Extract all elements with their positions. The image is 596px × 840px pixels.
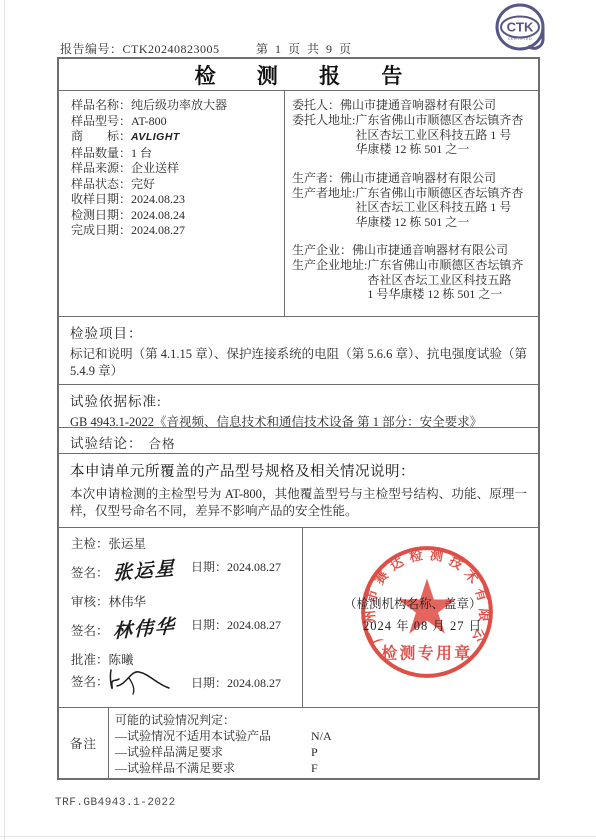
report-number: 报告编号：CTK20240823005	[60, 40, 220, 57]
producer-name: 佛山市捷通音响器材有限公司	[340, 171, 496, 185]
client-address-label: 委托人地址:	[292, 113, 355, 157]
approver-role-label: 批准：	[71, 653, 109, 667]
client-address: 委托人地址: 广东省佛山市顺德区杏坛镇齐杏 社区杏坛工业区科技五路 1 号 华康…	[292, 113, 534, 157]
producer-address-line: 广东省佛山市顺德区杏坛镇齐杏	[355, 186, 523, 201]
client-address-line: 社区杏坛工业区科技五路 1 号	[355, 128, 523, 143]
factory-name: 佛山市捷通音响器材有限公司	[352, 243, 508, 257]
inspection-items-section: 检验项目： 标记和说明（第 4.1.15 章）、保护连接系统的电阻（第 5.6.…	[59, 316, 538, 384]
producer-address: 生产者地址: 广东省佛山市顺德区杏坛镇齐杏 社区杏坛工业区科技五路 1 号 华康…	[292, 186, 534, 230]
inspector-date-label: 日期：	[191, 560, 227, 574]
remark-label: 备注	[59, 708, 109, 778]
producer-label: 生产者：	[292, 171, 340, 185]
sample-qty-label: 样品数量：	[71, 146, 131, 160]
reviewer-role: 审核：林伟华	[71, 594, 302, 610]
reviewer-date-label: 日期：	[191, 618, 227, 632]
finish-date-value: 2024.08.27	[131, 223, 185, 237]
conclusion-label: 试验结论：	[70, 436, 143, 451]
receive-date-label: 收样日期：	[71, 192, 131, 206]
factory-row: 生产企业：佛山市捷通音响器材有限公司	[292, 243, 534, 258]
report-table: 检 测 报 告 样品名称：纯后级功率放大器 样品型号：AT-800 商 标：AV…	[57, 57, 540, 780]
approver-sign-line: 签名：	[71, 672, 109, 690]
inspector-name: 张运星	[109, 537, 147, 551]
document-title: 检 测 报 告	[177, 60, 421, 90]
remark-section: 备注 可能的试验情况判定： —试验情况不适用本试验产品N/A —试验样品满足要求…	[59, 707, 538, 778]
reviewer-handwritten-signature: 林伟华	[112, 611, 175, 644]
inspector-sign-line: 签名：张运星	[71, 556, 176, 583]
reviewer-sign-line: 签名：林伟华	[71, 614, 176, 641]
remark-item-text: —试验情况不适用本试验产品	[115, 728, 311, 744]
conclusion-section: 试验结论：合格	[59, 427, 538, 453]
stamp-wrap: 广州市赛达检测技术有限公司 检测专用章 （检测机构名称、盖章） 2024 年 0…	[351, 536, 503, 688]
remark-item-text: —试验样品不满足要求	[115, 760, 311, 776]
ctk-logo-text: CTK	[507, 20, 534, 35]
reviewer-sign-label: 签名：	[71, 624, 109, 638]
sample-state-row: 样品状态：完好	[71, 177, 280, 193]
client-address-line: 广东省佛山市顺德区杏坛镇齐杏	[355, 113, 523, 128]
reviewer-role-label: 审核：	[71, 595, 109, 609]
client-label: 委托人：	[292, 98, 340, 112]
sample-qty-row: 样品数量：1 台	[71, 146, 280, 162]
sample-state-value: 完好	[131, 177, 155, 191]
producer-address-lines: 广东省佛山市顺德区杏坛镇齐杏 社区杏坛工业区科技五路 1 号 华康楼 12 栋 …	[355, 186, 523, 230]
avlight-brand-logo: AVLIGHT	[131, 131, 180, 143]
trademark-label: 商 标：	[71, 129, 131, 143]
stamp-placeholder-text: （检测机构名称、盖章）	[344, 594, 482, 612]
ctk-logo-icon: CTK CERTIFIED	[486, 2, 558, 65]
factory-address: 生产企业地址: 广东省佛山市顺德区杏坛镇齐 杏社区杏坛工业区科技五路 1 号华康…	[292, 258, 534, 302]
parties-column: 委托人：佛山市捷通音响器材有限公司 委托人地址: 广东省佛山市顺德区杏坛镇齐杏 …	[284, 91, 538, 316]
producer-row: 生产者：佛山市捷通音响器材有限公司	[292, 171, 534, 186]
test-date-row: 检测日期：2024.08.24	[71, 208, 280, 224]
signature-column: 主检：张运星 签名：张运星 日期：2024.08.27 审核：林伟华 签名：林伟…	[59, 528, 302, 707]
inspector-handwritten-signature: 张运星	[112, 553, 175, 586]
reviewer-name: 林伟华	[109, 595, 147, 609]
test-date-label: 检测日期：	[71, 208, 131, 222]
sample-info-section: 样品名称：纯后级功率放大器 样品型号：AT-800 商 标：AVLIGHT 样品…	[59, 90, 538, 316]
ctk-logo-subtext: CERTIFIED	[508, 37, 532, 41]
receive-date-row: 收样日期：2024.08.23	[71, 192, 280, 208]
approver-handwritten-scribble	[105, 664, 175, 703]
sample-state-label: 样品状态：	[71, 177, 131, 191]
sample-source-row: 样品来源：企业送样	[71, 161, 280, 177]
finish-date-label: 完成日期：	[71, 223, 131, 237]
factory-address-line: 广东省佛山市顺德区杏坛镇齐	[367, 258, 523, 273]
remark-item: —试验样品不满足要求F	[115, 760, 530, 776]
sample-column: 样品名称：纯后级功率放大器 样品型号：AT-800 商 标：AVLIGHT 样品…	[59, 91, 284, 316]
report-number-label: 报告编号：	[60, 42, 123, 56]
sample-source-label: 样品来源：	[71, 161, 131, 175]
client-address-line: 华康楼 12 栋 501 之一	[355, 142, 523, 157]
title-row: 检 测 报 告	[59, 59, 538, 90]
sample-name-value: 纯后级功率放大器	[131, 98, 227, 112]
remark-body: 可能的试验情况判定： —试验情况不适用本试验产品N/A —试验样品满足要求P —…	[109, 708, 538, 778]
inspector-signature-block: 主检：张运星 签名：张运星 日期：2024.08.27	[71, 536, 302, 580]
sample-model-row: 样品型号：AT-800	[71, 114, 280, 130]
stamp-area: 广州市赛达检测技术有限公司 检测专用章 （检测机构名称、盖章） 2024 年 0…	[302, 528, 538, 707]
producer-address-label: 生产者地址:	[292, 186, 355, 230]
approver-signature-block: 批准：陈曦 签名： 日期：2024.08.27	[71, 652, 302, 696]
sample-name-label: 样品名称：	[71, 98, 131, 112]
remark-heading: 可能的试验情况判定：	[115, 712, 530, 728]
approver-date-label: 日期：	[191, 676, 227, 690]
page-indicator: 第 1 页 共 9 页	[256, 40, 353, 57]
official-seal-stamp: 广州市赛达检测技术有限公司 检测专用章	[351, 536, 503, 693]
stamp-seal-text: 检测专用章	[381, 644, 472, 663]
footer-trf-code: TRF.GB4943.1-2022	[55, 797, 176, 809]
report-number-value: CTK20240823005	[123, 42, 220, 56]
factory-address-lines: 广东省佛山市顺德区杏坛镇齐 杏社区杏坛工业区科技五路 1 号华康楼 12 栋 5…	[367, 258, 523, 302]
declaration-section: 本申请单元所覆盖的产品型号规格及相关情况说明： 本次申请检测的主检型号为 AT-…	[59, 453, 538, 527]
approver-date: 日期：2024.08.27	[191, 674, 281, 691]
standard-section: 试验依据标准: GB 4943.1-2022《音视频、信息技术和通信技术设备 第…	[59, 384, 538, 427]
factory-address-line: 杏社区杏坛工业区科技五路	[367, 273, 523, 288]
client-name: 佛山市捷通音响器材有限公司	[340, 98, 496, 112]
conclusion-value: 合格	[149, 437, 176, 451]
page-bottom-shadow	[0, 836, 596, 837]
sample-source-value: 企业送样	[131, 161, 179, 175]
inspection-items-label: 检验项目：	[70, 322, 527, 342]
inspector-role-label: 主检：	[71, 537, 109, 551]
signature-section: 主检：张运星 签名：张运星 日期：2024.08.27 审核：林伟华 签名：林伟…	[59, 527, 538, 707]
factory-address-line: 1 号华康楼 12 栋 501 之一	[367, 287, 523, 302]
inspector-date: 日期：2024.08.27	[191, 558, 281, 575]
client-address-lines: 广东省佛山市顺德区杏坛镇齐杏 社区杏坛工业区科技五路 1 号 华康楼 12 栋 …	[355, 113, 523, 157]
inspector-date-value: 2024.08.27	[227, 560, 281, 574]
client-row: 委托人：佛山市捷通音响器材有限公司	[292, 98, 534, 113]
test-date-value: 2024.08.24	[131, 208, 185, 222]
producer-address-line: 社区杏坛工业区科技五路 1 号	[355, 200, 523, 215]
receive-date-value: 2024.08.23	[131, 192, 185, 206]
reviewer-signature-block: 审核：林伟华 签名：林伟华 日期：2024.08.27	[71, 594, 302, 638]
producer-address-line: 华康楼 12 栋 501 之一	[355, 215, 523, 230]
factory-address-label: 生产企业地址:	[292, 258, 367, 302]
declaration-title: 本申请单元所覆盖的产品型号规格及相关情况说明：	[70, 460, 527, 481]
declaration-text: 本次申请检测的主检型号为 AT-800，其他覆盖型号与主检型号结构、功能、原理一…	[70, 486, 527, 520]
sample-name-row: 样品名称：纯后级功率放大器	[71, 98, 280, 114]
trademark-row: 商 标：AVLIGHT	[71, 129, 280, 146]
remark-item-code: N/A	[311, 728, 351, 744]
remark-item: —试验样品满足要求P	[115, 744, 530, 760]
remark-item: —试验情况不适用本试验产品N/A	[115, 728, 530, 744]
finish-date-row: 完成日期：2024.08.27	[71, 223, 280, 239]
inspector-sign-label: 签名：	[71, 566, 109, 580]
remark-item-code: P	[311, 744, 351, 760]
reviewer-date-value: 2024.08.27	[227, 618, 281, 632]
inspection-items-text: 标记和说明（第 4.1.15 章）、保护连接系统的电阻（第 5.6.6 章）、抗…	[70, 346, 527, 380]
sample-model-value: AT-800	[131, 114, 167, 128]
approver-sign-label: 签名：	[71, 675, 109, 689]
reviewer-date: 日期：2024.08.27	[191, 616, 281, 633]
approver-date-value: 2024.08.27	[227, 676, 281, 690]
remark-item-text: —试验样品满足要求	[115, 744, 311, 760]
factory-label: 生产企业：	[292, 243, 352, 257]
standard-label: 试验依据标准:	[70, 390, 527, 410]
stamp-date-text: 2024 年 08 月 27 日	[363, 616, 482, 634]
sample-model-label: 样品型号：	[71, 114, 131, 128]
inspector-role: 主检：张运星	[71, 536, 302, 552]
page-edge-shadow	[4, 0, 5, 840]
sample-qty-value: 1 台	[131, 146, 152, 160]
remark-item-code: F	[311, 760, 351, 776]
